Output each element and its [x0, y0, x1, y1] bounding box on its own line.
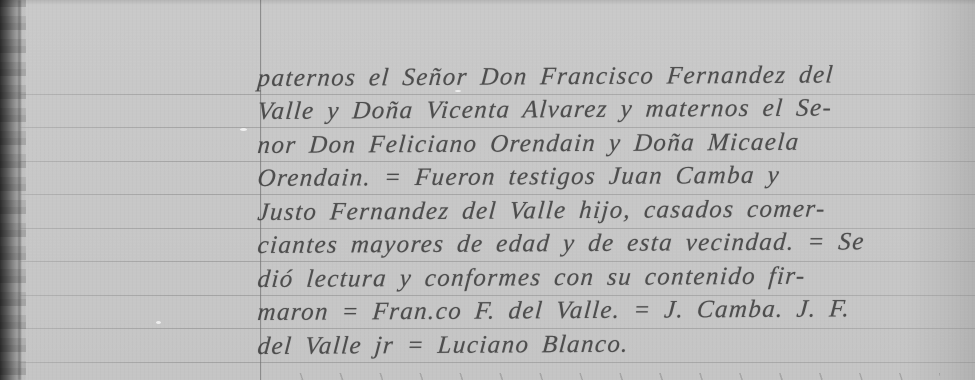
manuscript-line: dió lectura y conformes con su contenido… — [256, 263, 807, 300]
cutoff-next-line-strokes — [285, 373, 940, 380]
top-edge-shadow — [0, 0, 975, 5]
manuscript-line: nor Don Feliciano Orendain y Doña Micael… — [256, 129, 801, 166]
paper-fleck — [240, 128, 247, 131]
manuscript-line: paternos el Señor Don Francisco Fernande… — [256, 61, 835, 99]
manuscript-line: Valle y Doña Vicenta Alvarez y maternos … — [256, 94, 833, 132]
page-curl-shadow — [905, 0, 975, 380]
binding-edge — [0, 0, 26, 380]
register-page-scan: paternos el Señor Don Francisco Fernande… — [0, 0, 975, 380]
manuscript-line: del Valle jr = Luciano Blanco. — [256, 331, 630, 367]
manuscript-line: Orendain. = Fueron testigos Juan Camba y — [256, 162, 781, 199]
manuscript-line: Justo Fernandez del Valle hijo, casados … — [256, 196, 827, 233]
manuscript-line: ciantes mayores de edad y de esta vecind… — [256, 228, 866, 266]
paper-fleck — [156, 321, 161, 324]
manuscript-line: maron = Fran.co F. del Valle. = J. Camba… — [256, 295, 852, 333]
paper-fleck — [455, 90, 461, 92]
